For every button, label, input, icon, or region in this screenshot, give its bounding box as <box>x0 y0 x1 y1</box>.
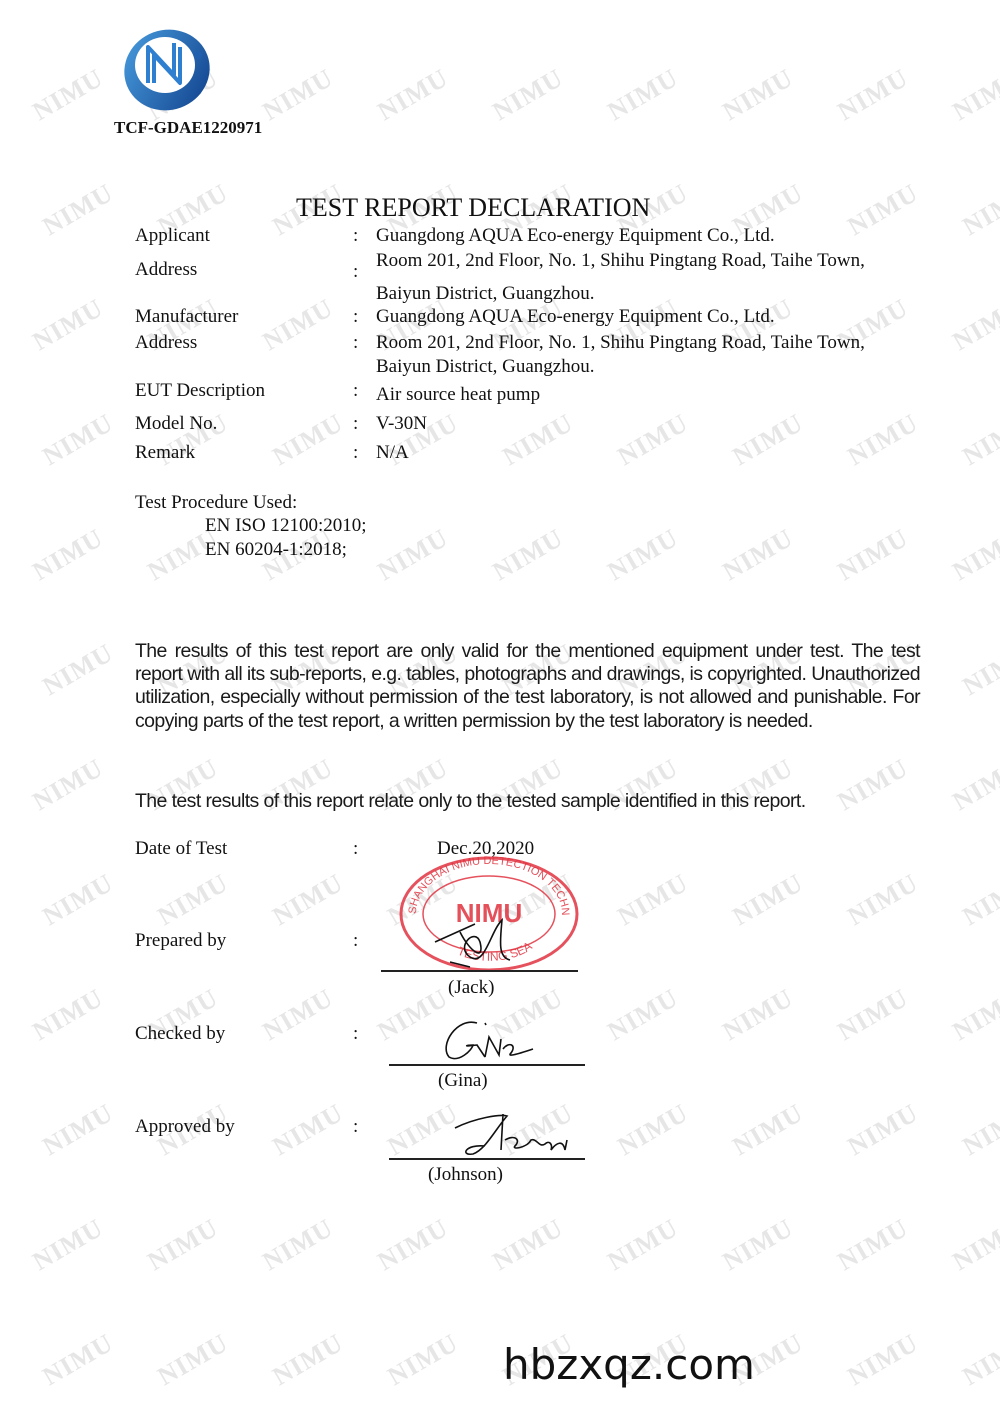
field-separator: : <box>353 1116 358 1138</box>
field-label: EUT Description <box>135 380 265 402</box>
test-standard: EN ISO 12100:2010; <box>205 515 367 537</box>
date-label: Date of Test <box>135 838 227 860</box>
field-separator: : <box>353 306 358 328</box>
field-value: Guangdong AQUA Eco-energy Equipment Co.,… <box>376 306 936 328</box>
field-separator: : <box>353 413 358 435</box>
field-label: Manufacturer <box>135 306 238 328</box>
field-separator: : <box>353 838 358 860</box>
sample-note: The test results of this report relate o… <box>135 790 920 813</box>
field-value-line: Room 201, 2nd Floor, No. 1, Shihu Pingta… <box>376 250 936 272</box>
field-value-line: Room 201, 2nd Floor, No. 1, Shihu Pingta… <box>376 332 936 354</box>
disclaimer-paragraph: The results of this test report are only… <box>135 640 920 733</box>
field-separator: : <box>353 332 358 354</box>
field-label: Address <box>135 332 197 354</box>
field-value: Guangdong AQUA Eco-energy Equipment Co.,… <box>376 225 936 247</box>
field-separator: : <box>353 442 358 464</box>
field-label: Address <box>135 259 197 281</box>
checked-name: (Gina) <box>438 1070 488 1092</box>
field-separator: : <box>353 380 358 402</box>
prepared-label: Prepared by <box>135 930 226 952</box>
signature-line <box>381 970 578 972</box>
signature-gina-icon <box>437 1015 547 1065</box>
signature-line <box>389 1064 585 1066</box>
field-separator: : <box>353 1023 358 1045</box>
nimu-logo-icon <box>120 25 215 115</box>
prepared-name: (Jack) <box>448 977 494 999</box>
field-value-line: Baiyun District, Guangzhou. <box>376 356 936 378</box>
field-separator: : <box>353 930 358 952</box>
test-procedure-label: Test Procedure Used: <box>135 492 297 514</box>
field-value: Air source heat pump <box>376 384 936 406</box>
field-label: Applicant <box>135 225 210 247</box>
signature-johnson-icon <box>445 1110 580 1160</box>
field-separator: : <box>353 225 358 247</box>
field-value: N/A <box>376 442 936 464</box>
checked-label: Checked by <box>135 1023 225 1045</box>
approved-name: (Johnson) <box>428 1164 503 1186</box>
field-label: Remark <box>135 442 195 464</box>
field-value-line: Baiyun District, Guangzhou. <box>376 283 936 305</box>
field-separator: : <box>353 261 358 283</box>
certificate-number: TCF-GDAE1220971 <box>114 118 262 138</box>
test-report-page: TCF-GDAE1220971 TEST REPORT DECLARATION … <box>0 0 1000 1413</box>
test-standard: EN 60204-1:2018; <box>205 539 347 561</box>
signature-line <box>389 1158 585 1160</box>
field-label: Model No. <box>135 413 217 435</box>
approved-label: Approved by <box>135 1116 235 1138</box>
signature-jack-icon <box>430 912 530 972</box>
footer-site-watermark: hbzxqz.com <box>503 1340 755 1389</box>
page-title: TEST REPORT DECLARATION <box>296 193 650 223</box>
field-value: V-30N <box>376 413 936 435</box>
